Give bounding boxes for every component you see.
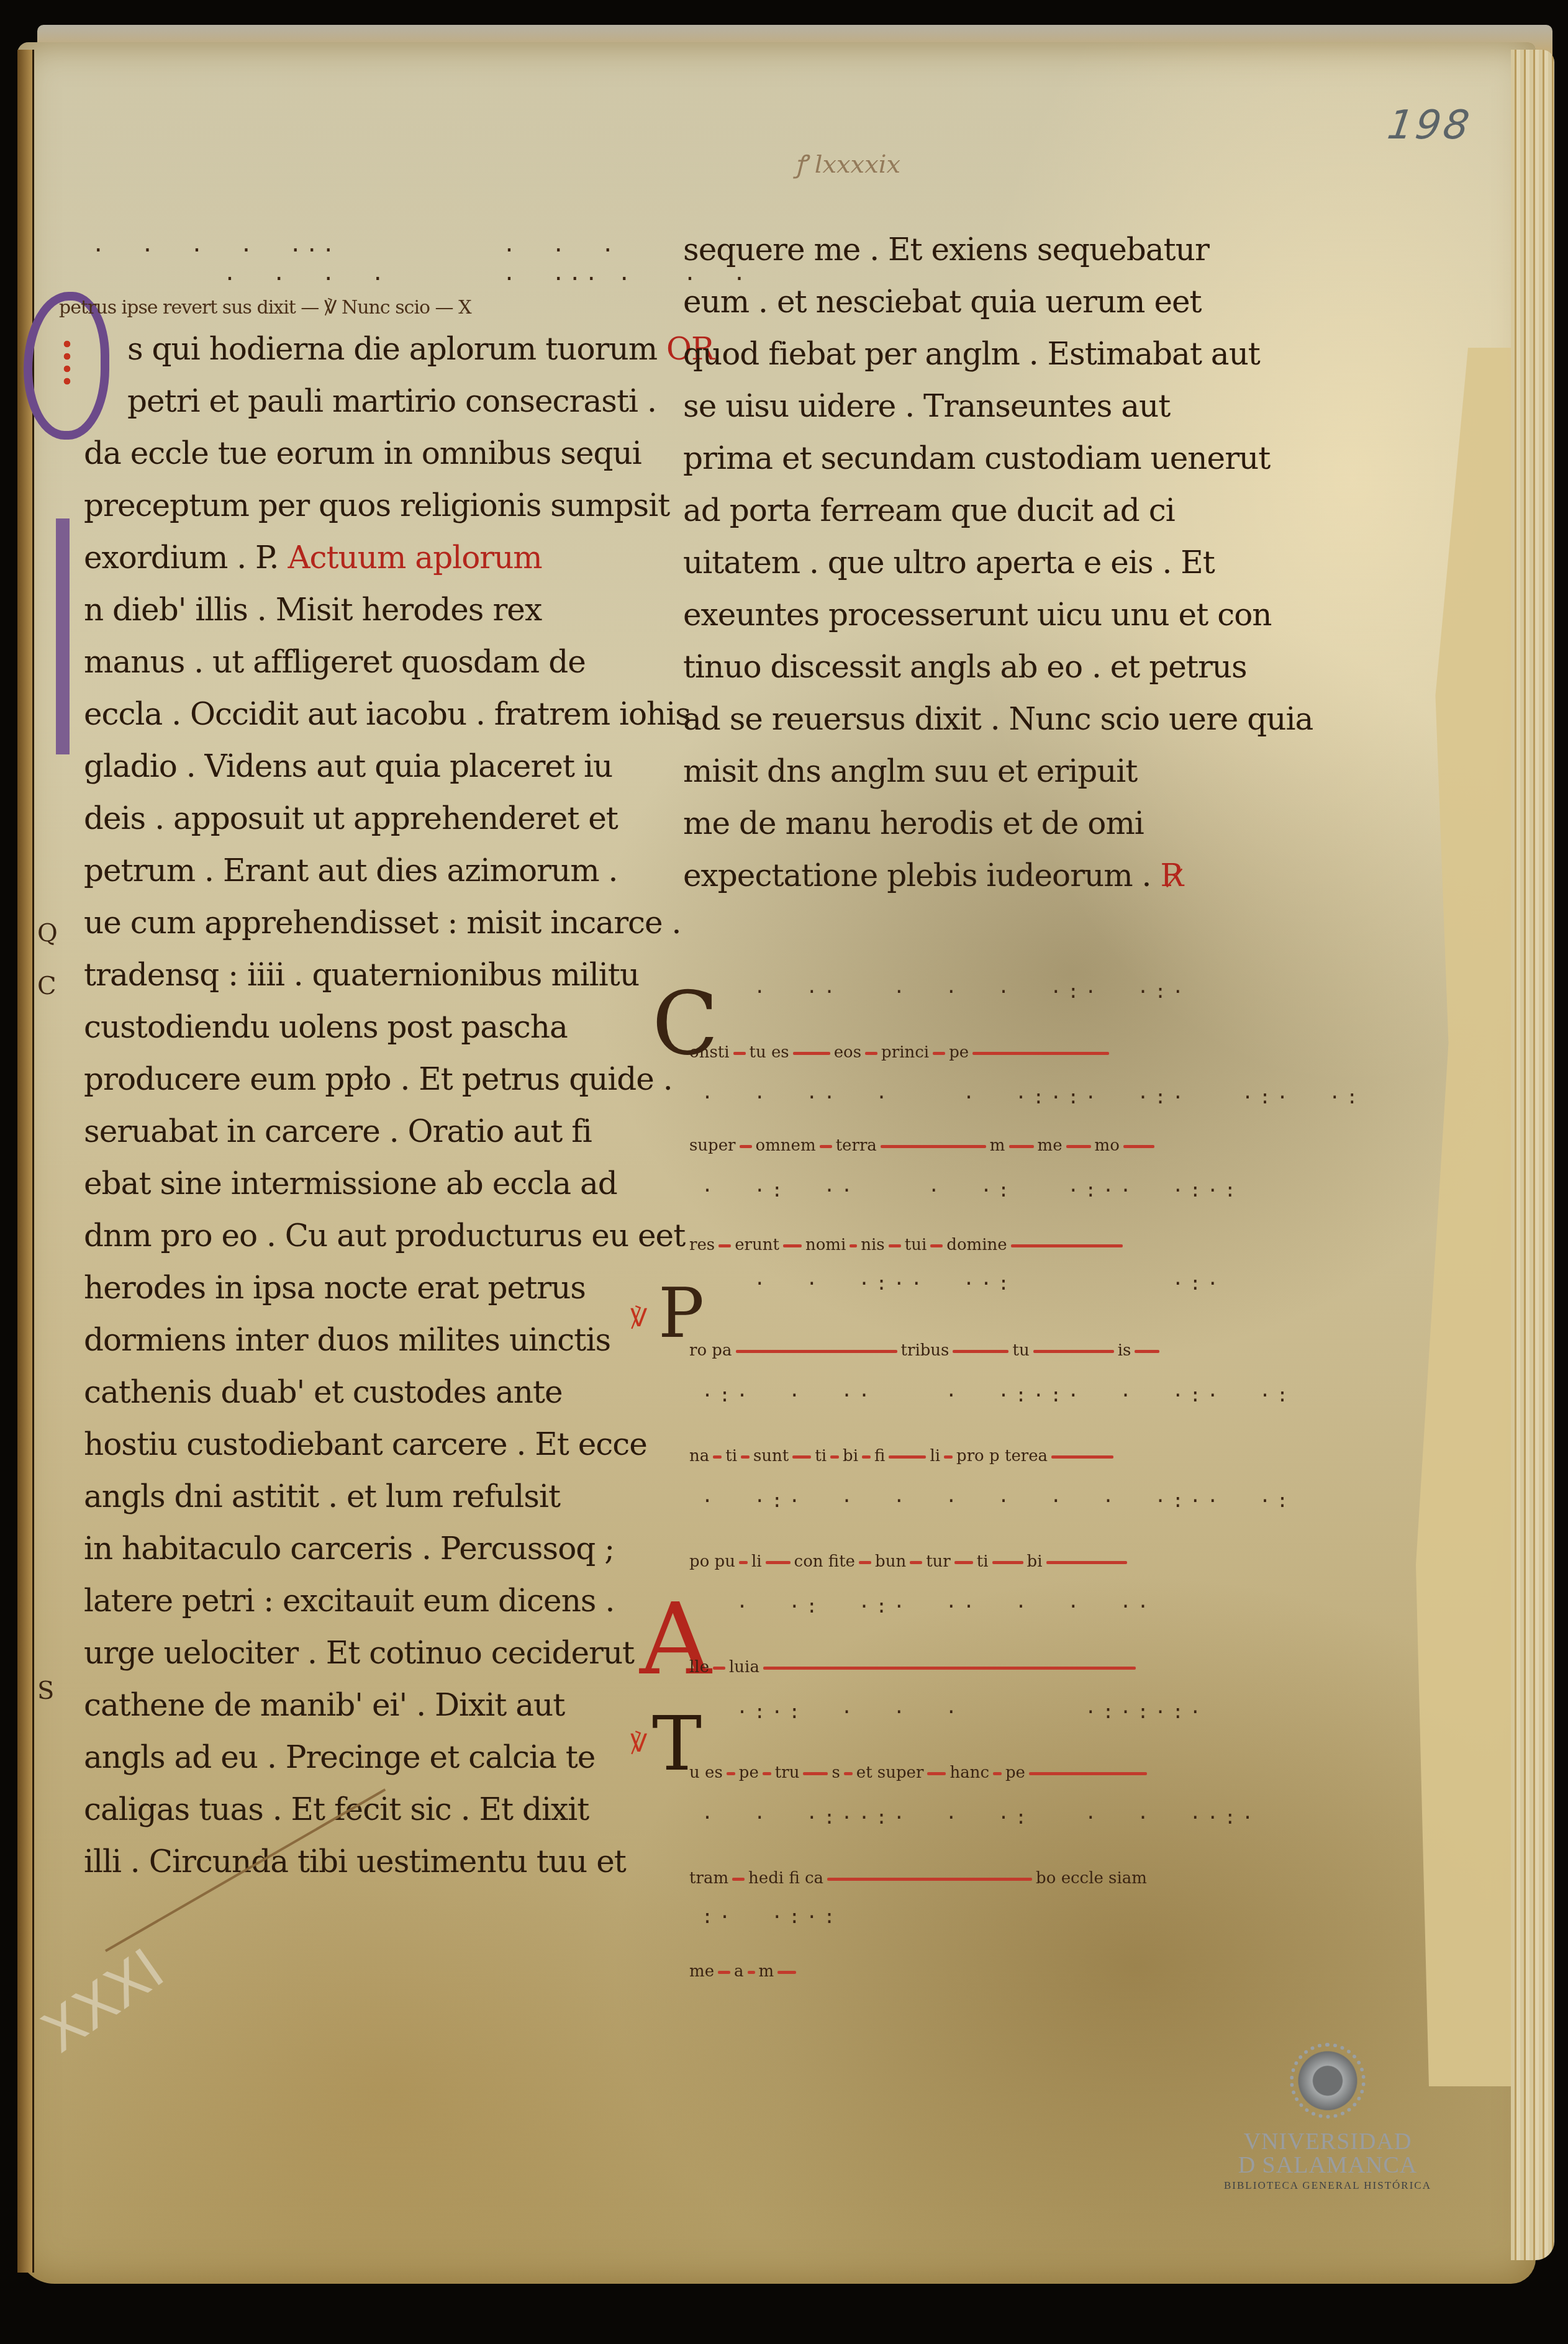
margin-guide-letter: C: [37, 972, 57, 1000]
chant-block: :· ·:·: meam: [652, 1906, 1223, 1999]
chant-cue-line: petrus ipse revert sus dixit — ℣ Nunc sc…: [59, 293, 637, 323]
text-line: preceptum per quos religionis sumpsit: [59, 479, 637, 532]
text-line: tinuo discessit angls ab eo . et petrus: [683, 641, 1254, 693]
text-line: exordium . P. Actuum aplorum: [59, 532, 637, 584]
text-line: urge uelociter . Et cotinuo ceciderut: [59, 1627, 637, 1679]
neume-row: :· ·:·:: [702, 1906, 841, 1928]
text-line: misit dns anglm suu et eripuit: [683, 745, 1254, 797]
text-line: gladio . Videns aut quia placeret iu: [59, 740, 637, 792]
chant-block: ·:· · ·· · ·:·:· · ·:· ·: natisunttibifi…: [652, 1378, 1223, 1484]
syllable-line: po pulicon fitebunturtibi: [689, 1552, 1131, 1571]
margin-guide-letter: S: [37, 1677, 54, 1705]
neume-row: · · ·:·· ··: ·:·: [702, 1273, 1225, 1295]
margin-guide-letter: Q: [37, 919, 58, 948]
neume-row: · · ·· · · ·:·:· ·:· ·:· ·:: [702, 1087, 1364, 1108]
syllable-line: u espetruset superhancpe: [689, 1763, 1151, 1782]
chant-block: · · ·:··:· · ·: · · ··:· tramhedi fi cab…: [652, 1801, 1223, 1906]
syllable-line: ro patribustuis: [689, 1341, 1163, 1360]
chant-block: · · ·· · · ·:·:· ·:· ·:· ·: superomnemte…: [652, 1080, 1223, 1174]
text-line: ue cum apprehendisset : misit incarce .: [59, 897, 637, 949]
text-line: ad se reuersus dixit . Nunc scio uere qu…: [683, 693, 1254, 745]
text-line: s qui hodierna die aplorum tuorum OR: [59, 323, 637, 375]
text-line: deis . apposuit ut apprehenderet et: [59, 792, 637, 844]
text-line: cathene de manib' ei' . Dixit aut: [59, 1679, 637, 1731]
neume-row: · ·: ·· · ·: ·:·· ·:·:: [702, 1180, 1242, 1201]
rubric-lesson-title: Actuum aplorum: [288, 540, 542, 576]
rubric-responsory: R̷: [1160, 858, 1183, 894]
versicle-mark: ℣: [630, 1729, 647, 1758]
neume-row: · · · · ··· · · ·: [59, 236, 637, 265]
text-line: cathenis duab' et custodes ante: [59, 1366, 637, 1418]
chant-block: A · ·: ·:· ·· · · ·· lleluia: [652, 1590, 1223, 1695]
chant-block: C · ·· · · · ·:· ·:· onstitu eseosprinci…: [652, 969, 1223, 1080]
neume-row: · · ·:··:· · ·: · · ··:·: [702, 1807, 1259, 1829]
text-line: seruabat in carcere . Oratio aut fi: [59, 1105, 637, 1157]
chant-section: C · ·· · · · ·:· ·:· onstitu eseosprinci…: [652, 969, 1223, 1999]
text-line: hostiu custodiebant carcere . Et ecce: [59, 1418, 637, 1470]
text-line: angls dni astitit . et lum refulsit: [59, 1470, 637, 1523]
text-line: illi . Circunda tibi uestimentu tuu et: [59, 1835, 637, 1888]
text-line: n dieb' illis . Misit herodes rex: [59, 584, 637, 636]
syllable-line: onstitu eseosprincipe: [689, 1043, 1113, 1062]
neume-row: ·:·: · · · ·:·:·:·: [702, 1701, 1207, 1723]
syllable-line: natisunttibifilipro p terea: [689, 1447, 1117, 1465]
text-line: petrum . Erant aut dies azimorum .: [59, 844, 637, 897]
text-line: producere eum ppło . Et petrus quide .: [59, 1053, 637, 1105]
text-line: sequere me . Et exiens sequebatur: [683, 224, 1254, 276]
chant-block: ℣ P · · ·:·· ··: ·:· ro patribustuis: [652, 1273, 1223, 1378]
folio-number: 198: [1385, 102, 1475, 148]
text-line: custodiendu uolens post pascha: [59, 1001, 637, 1053]
text-line: eccla . Occidit aut iacobu . fratrem ioh…: [59, 688, 637, 740]
syllable-line: lleluia: [689, 1658, 1140, 1677]
watermark-line-3: BIBLIOTECA GENERAL HISTÓRICA: [1197, 2179, 1458, 2192]
neume-row: · · · · · ··· · · ·: [59, 265, 637, 293]
chant-block: · ·: ·· · ·: ·:·· ·:·: reseruntnoministu…: [652, 1174, 1223, 1273]
page-stack-edge: [1511, 50, 1554, 2260]
right-text-column: sequere me . Et exiens sequebatur eum . …: [683, 224, 1254, 902]
text-line: me de manu herodis et de omi: [683, 797, 1254, 849]
versicle-mark: ℣: [630, 1304, 647, 1333]
text-line: se uisu uidere . Transeuntes aut: [683, 380, 1254, 432]
watermark-line-1: VNIVERSIDAD: [1197, 2130, 1458, 2153]
text-line: quod fiebat per anglm . Estimabat aut: [683, 328, 1254, 380]
syllable-line: reseruntnoministuidomine: [689, 1236, 1126, 1254]
left-text-column: · · · · ··· · · · · · · · · ··· · · · pe…: [59, 236, 637, 1888]
chant-initial-p: P: [658, 1279, 704, 1347]
watermark-line-2: D SALAMANCA: [1197, 2153, 1458, 2177]
text-line: expectatione plebis iudeorum . R̷: [683, 849, 1254, 902]
text-line: angls ad eu . Precinge et calcia te: [59, 1731, 637, 1783]
text-line: manus . ut affligeret quosdam de: [59, 636, 637, 688]
text-line: in habitaculo carceris . Percussoq ;: [59, 1523, 637, 1575]
text-line: petri et pauli martirio consecrasti .: [59, 375, 637, 427]
syllable-line: meam: [689, 1962, 800, 1981]
text-line: uitatem . que ultro aperta e eis . Et: [683, 536, 1254, 589]
top-annotation: ꝭ lxxxxix: [795, 146, 900, 180]
text-line: ebat sine intermissione ab eccla ad: [59, 1157, 637, 1210]
neume-row: ·:· · ·· · ·:·:· · ·:· ·:: [702, 1385, 1294, 1406]
neume-row: · ·: ·:· ·· · · ··: [702, 1596, 1155, 1618]
university-watermark: VNIVERSIDAD D SALAMANCA BIBLIOTECA GENER…: [1197, 2043, 1458, 2186]
syllable-line: superomnemterrammemo: [689, 1136, 1158, 1155]
text-line: prima et secundam custodiam uenerut: [683, 432, 1254, 484]
university-seal-icon: [1290, 2043, 1366, 2119]
chant-block: · ·:· · · · · · · ·:·· ·: po pulicon fit…: [652, 1484, 1223, 1590]
text-line: ad porta ferream que ducit ad ci: [683, 484, 1254, 536]
syllable-line: tramhedi fi cabo eccle siam: [689, 1869, 1147, 1888]
chant-block: ℣ T ·:·: · · · ·:·:·:· u espetruset supe…: [652, 1695, 1223, 1801]
text-line: eum . et nesciebat quia uerum eet: [683, 276, 1254, 328]
text-line: dormiens inter duos milites uinctis: [59, 1314, 637, 1366]
text-line: exeuntes processerunt uicu unu et con: [683, 589, 1254, 641]
text-line: herodes in ipsa nocte erat petrus: [59, 1262, 637, 1314]
text-line: tradensq : iiii . quaternionibus militu: [59, 949, 637, 1001]
neume-row: · ·:· · · · · · · ·:·· ·:: [702, 1490, 1294, 1512]
text-line: da eccle tue eorum in omnibus sequi: [59, 427, 637, 479]
text-line: dnm pro eo . Cu aut producturus eu eet: [59, 1210, 637, 1262]
text-line: latere petri : excitauit eum dicens .: [59, 1575, 637, 1627]
neume-row: · ·· · · · ·:· ·:·: [702, 981, 1190, 1003]
